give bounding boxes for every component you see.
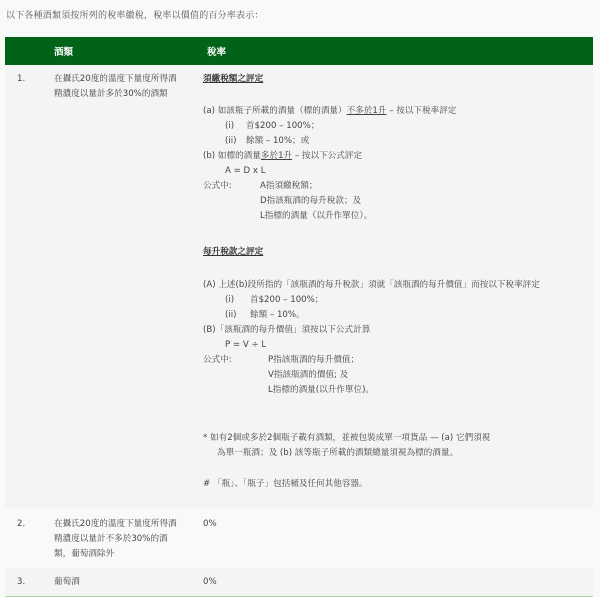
clause-a-i-label: (i) (225, 119, 234, 134)
clause-A-ii-label: (ii) (225, 308, 236, 323)
def-a: A指須繳稅額； (260, 179, 317, 194)
section-title-per-litre: 每升稅款之評定 (203, 245, 263, 260)
clause-a-ii-label: (ii) (225, 134, 236, 149)
clause-A: (A) 上述(b)段所指的「該瓶酒的每升稅款」須就「該瓶酒的每升價值」而按以下稅… (203, 278, 540, 293)
clause-b: (b) 如標的酒量多於1升 – 按以下公式評定 (203, 149, 362, 164)
clause-a-ii: 餘額 – 10%；或 (246, 134, 309, 149)
row-number: 3. (17, 575, 25, 590)
clause-A-i: 首$200 – 100%； (250, 293, 323, 308)
intro-text: 以下各種酒類須按所列的稅率繳稅，稅率以價值的百分率表示： (6, 8, 264, 21)
formula-a: A = D x L (225, 164, 266, 179)
where-label-1: 公式中: (203, 179, 232, 194)
row-number: 1. (17, 72, 25, 87)
header-liquor-type: 酒類 (54, 44, 73, 58)
table-row: 2. 在攝氏20度的溫度下量度所得酒精濃度以量計不多於30%的酒類，葡萄酒除外 … (5, 508, 593, 568)
note-hash: # 「瓶」、「瓶子」包括桶及任何其他容器。 (203, 477, 368, 492)
row-number: 2. (17, 517, 25, 532)
def-d: D指該瓶酒的每升稅款；及 (260, 194, 361, 209)
def-p: P指該瓶酒的每升價值； (268, 353, 359, 368)
def-l: L指標的酒量（以升作單位）。 (260, 209, 372, 224)
table-header: 酒類 稅率 (5, 37, 593, 65)
formula-p: P = V ÷ L (225, 338, 266, 353)
section-title-tax-assessment: 須繳稅額之評定 (203, 72, 263, 87)
clause-a: (a) 如該瓶子所載的酒量（標的酒量）不多於1升 – 按以下稅率評定 (203, 104, 456, 119)
clause-a-i: 首$200 – 100%； (246, 119, 319, 134)
tax-rate: 0% (203, 517, 217, 532)
liquor-type: 在攝氏20度的溫度下量度所得酒精濃度以量計不多於30%的酒類，葡萄酒除外 (54, 517, 184, 562)
liquor-type: 葡萄酒 (54, 575, 184, 590)
note-star-line-2: 為單一瓶酒；及 (b) 該等瓶子所載的酒類總量須視為標的酒量。 (217, 446, 458, 461)
def-v: V指該瓶酒的價值; 及 (268, 368, 348, 383)
clause-A-i-label: (i) (225, 293, 234, 308)
table-row: 1. 在攝氏20度的溫度下量度所得酒精濃度以量計多於30%的酒類 須繳稅額之評定… (5, 65, 593, 508)
liquor-type: 在攝氏20度的溫度下量度所得酒精濃度以量計多於30%的酒類 (54, 72, 184, 102)
clause-A-ii: 餘額 – 10%。 (250, 308, 305, 323)
tax-rate: 0% (203, 575, 217, 590)
header-tax-rate: 稅率 (207, 44, 226, 58)
table-row: 3. 葡萄酒 0% (5, 568, 593, 597)
tax-rate-table: 酒類 稅率 1. 在攝氏20度的溫度下量度所得酒精濃度以量計多於30%的酒類 須… (5, 37, 593, 597)
clause-B: (B)「該瓶酒的每升價值」須按以下公式計算 (203, 323, 370, 338)
note-star-line-1: * 如有2個或多於2個瓶子載有酒類，並被包裝成單一項貨品 — (a) 它們須視 (203, 431, 490, 446)
where-label-2: 公式中: (203, 353, 232, 368)
def-l-2: L指標的酒量(以升作單位)。 (268, 383, 374, 398)
